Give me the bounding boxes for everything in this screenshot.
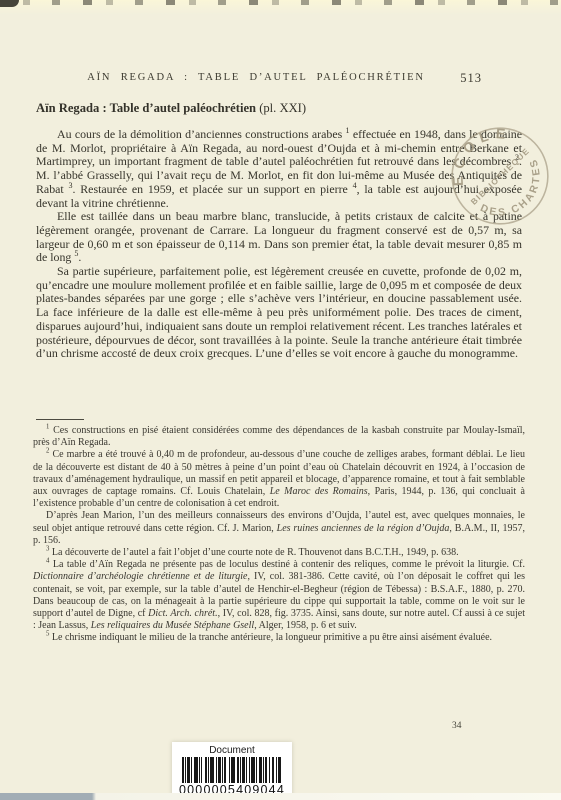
footnote: 4 La table d’Aïn Regada ne présente pas … [33, 559, 525, 632]
text-segment: . [78, 250, 81, 264]
text-segment: Ces constructions en pisé étaient consid… [33, 425, 525, 448]
text-segment: Elle est taillée dans un beau marbre bla… [36, 209, 522, 264]
footnote: 3 La découverte de l’autel a fait l’obje… [33, 547, 525, 559]
page-header: AÏN REGADA : TABLE D’AUTEL PALÉOCHRÉTIEN… [36, 72, 522, 88]
text-segment: Dictionnaire d’archéologie chrétienne et… [33, 571, 247, 582]
text-segment: La table d’Aïn Regada ne présente pas de… [49, 559, 525, 570]
footnote: 2 Ce marbre a été trouvé à 0,40 m de pro… [33, 449, 525, 510]
barcode-label: Document [209, 745, 255, 756]
body-paragraph: Sa partie supérieure, parfaitement polie… [36, 265, 522, 361]
text-segment: La découverte de l’autel a fait l’objet … [49, 547, 458, 558]
article-title: Aïn Regada : Table d’autel paléochrétien… [36, 101, 306, 116]
page-number: 513 [460, 71, 482, 86]
barcode-bars [182, 757, 283, 783]
text-segment: Au cours de la démolition d’anciennes co… [57, 127, 346, 141]
running-title: AÏN REGADA : TABLE D’AUTEL PALÉOCHRÉTIEN [86, 72, 426, 83]
text-segment: Sa partie supérieure, parfaitement polie… [36, 264, 522, 360]
text-segment: Aïn Regada : Table d’autel paléochrétien [36, 101, 256, 115]
footnote: 5 Le chrisme indiquant le milieu de la t… [33, 632, 525, 644]
body-paragraph: Elle est taillée dans un beau marbre bla… [36, 210, 522, 265]
folio-number: 34 [452, 721, 462, 731]
footnote-separator [36, 419, 84, 420]
stamp-middle-text: BIBLIOTHÈQUE [468, 145, 532, 207]
text-segment: Le Maroc des Romains [270, 486, 368, 497]
text-segment: (pl. XXI) [256, 101, 306, 115]
scanned-page: AÏN REGADA : TABLE D’AUTEL PALÉOCHRÉTIEN… [0, 0, 561, 800]
text-segment: , Alger, 1958, p. 6 et suiv. [254, 620, 357, 631]
footnote: 1 Ces constructions en pisé étaient cons… [33, 425, 525, 449]
text-segment: Le chrisme indiquant le milieu de la tra… [49, 632, 492, 643]
text-segment: Les reliquaires du Musée Stéphane Gsell [91, 620, 254, 631]
scan-speckle-band [0, 0, 561, 5]
footnotes: 1 Ces constructions en pisé étaient cons… [33, 425, 525, 645]
text-segment: . Restaurée en 1959, et placée sur un su… [73, 182, 353, 196]
footnote: D’après Jean Marion, l’un des meilleurs … [33, 510, 525, 547]
scan-edge-bottom [0, 793, 561, 800]
text-segment: Dict. Arch. chrét. [148, 608, 217, 619]
text-segment: Les ruines anciennes de la région d’Oujd… [277, 523, 450, 534]
barcode-sticker: Document 0000005409044 [172, 742, 292, 800]
barcode-space [281, 757, 282, 783]
